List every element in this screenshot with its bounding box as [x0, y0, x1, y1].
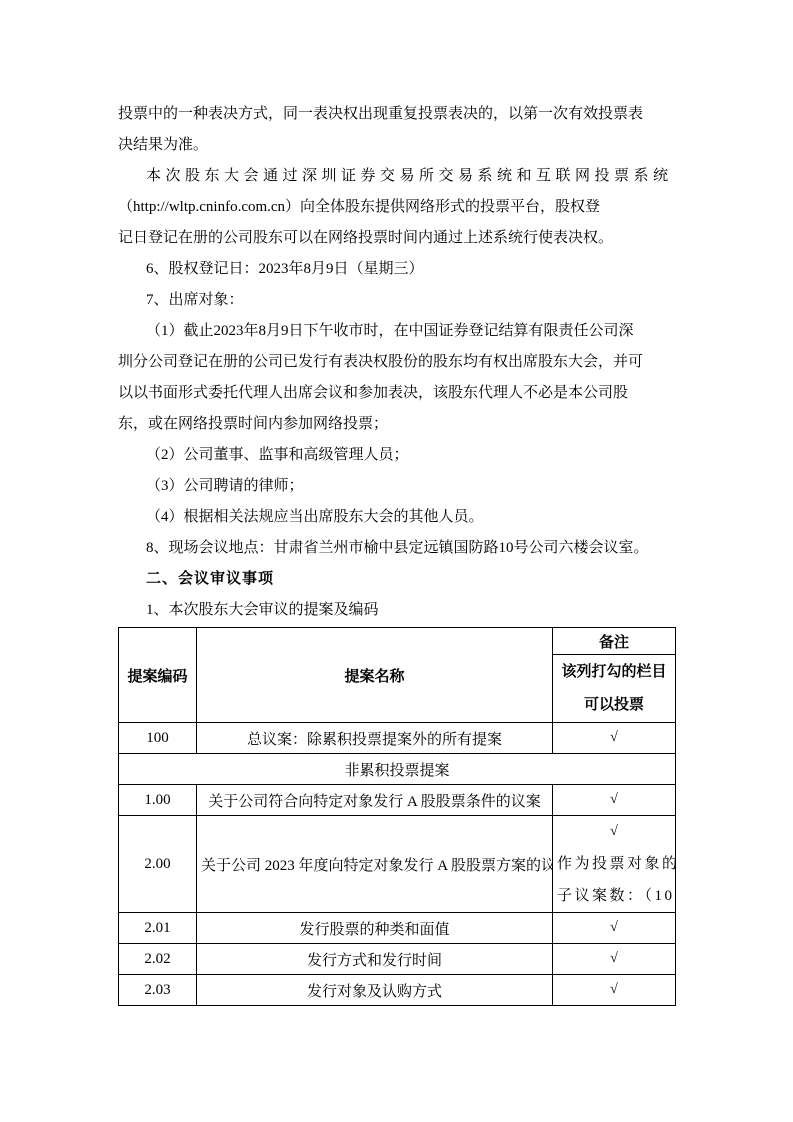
section-row-non-cumulative: 非累积投票提案 [119, 754, 676, 785]
header-proposal-code: 提案编码 [119, 628, 197, 723]
text-line: 圳分公司登记在册的公司已发行有表决权股份的股东均有权出席股东大会，并可 [118, 347, 675, 378]
check-icon: √ [553, 975, 676, 1006]
text-line: （4）根据相关法规应当出席股东大会的其他人员。 [118, 502, 675, 533]
proposal-code-cell: 2.01 [119, 913, 197, 944]
proposal-name-cell: 关于公司符合向特定对象发行 A 股股票条件的议案 [197, 785, 553, 816]
proposal-row: 2.00 关于公司 2023 年度向特定对象发行 A 股股票方案的议案 √ 作为… [119, 816, 676, 913]
text-line-record-date: 6、股权登记日：2023年8月9日（星期三） [118, 254, 675, 285]
section-heading-review-matters: 二、会议审议事项 [118, 564, 675, 595]
check-icon: √ [553, 944, 676, 975]
header-proposal-name: 提案名称 [197, 628, 553, 723]
check-icon: √ [553, 913, 676, 944]
remark-note-line: 子议案数：（10） [557, 880, 671, 912]
proposal-row: 2.03 发行对象及认购方式 √ [119, 975, 676, 1006]
text-line: 以以书面形式委托代理人出席会议和参加表决，该股东代理人不必是本公司股 [118, 378, 675, 409]
proposal-code-cell: 2.00 [119, 816, 197, 913]
document-body: 投票中的一种表决方式，同一表决权出现重复投票表决的，以第一次有效投票表 决结果为… [118, 99, 675, 626]
header-remark-note-line1: 该列打勾的栏目 [557, 656, 671, 689]
text-line: （1）截止2023年8月9日下午收市时，在中国证券登记结算有限责任公司深 [118, 316, 675, 347]
remark-cell: √ 作为投票对象的 子议案数：（10） [553, 816, 676, 913]
text-line: （2）公司董事、监事和高级管理人员； [118, 440, 675, 471]
proposal-name-cell: 发行股票的种类和面值 [197, 913, 553, 944]
proposal-row: 1.00 关于公司符合向特定对象发行 A 股股票条件的议案 √ [119, 785, 676, 816]
text-line: 东，或在网络投票时间内参加网络投票； [118, 409, 675, 440]
table-header-row-1: 提案编码 提案名称 备注 [119, 628, 676, 655]
header-remark: 备注 [553, 628, 676, 655]
text-line-meeting-place: 8、现场会议地点：甘肃省兰州市榆中县定远镇国防路10号公司六楼会议室。 [118, 533, 675, 564]
text-line: 决结果为准。 [118, 130, 675, 161]
proposal-table: 提案编码 提案名称 备注 该列打勾的栏目 可以投票 100 总议案：除累积投票提… [118, 627, 676, 1006]
proposal-row: 2.01 发行股票的种类和面值 √ [119, 913, 676, 944]
header-remark-note: 该列打勾的栏目 可以投票 [553, 655, 676, 723]
document-page: 投票中的一种表决方式，同一表决权出现重复投票表决的，以第一次有效投票表 决结果为… [0, 0, 793, 1122]
subsection-heading-proposals: 1、本次股东大会审议的提案及编码 [118, 595, 675, 626]
check-icon: √ [557, 816, 671, 848]
proposal-name-cell: 总议案：除累积投票提案外的所有提案 [197, 723, 553, 754]
text-line-voting-url: （http://wltp.cninfo.com.cn）向全体股东提供网络形式的投… [118, 192, 675, 223]
check-icon: √ [553, 723, 676, 754]
check-icon: √ [553, 785, 676, 816]
proposal-name-cell: 发行对象及认购方式 [197, 975, 553, 1006]
proposal-name-cell: 关于公司 2023 年度向特定对象发行 A 股股票方案的议案 [197, 816, 553, 913]
header-remark-note-line2: 可以投票 [557, 689, 671, 722]
proposal-code-cell: 2.03 [119, 975, 197, 1006]
remark-note-line: 作为投票对象的 [557, 848, 671, 880]
proposal-code-cell: 1.00 [119, 785, 197, 816]
proposal-row: 2.02 发行方式和发行时间 √ [119, 944, 676, 975]
section-row-label: 非累积投票提案 [119, 754, 676, 785]
text-line: （3）公司聘请的律师； [118, 471, 675, 502]
text-line: 记日登记在册的公司股东可以在网络投票时间内通过上述系统行使表决权。 [118, 223, 675, 254]
proposal-name-cell: 发行方式和发行时间 [197, 944, 553, 975]
text-line: 本次股东大会通过深圳证券交易所交易系统和互联网投票系统 [118, 161, 675, 192]
proposal-code-cell: 100 [119, 723, 197, 754]
text-line: 投票中的一种表决方式，同一表决权出现重复投票表决的，以第一次有效投票表 [118, 99, 675, 130]
text-line-attendees-head: 7、出席对象： [118, 285, 675, 316]
proposal-row-general: 100 总议案：除累积投票提案外的所有提案 √ [119, 723, 676, 754]
proposal-code-cell: 2.02 [119, 944, 197, 975]
